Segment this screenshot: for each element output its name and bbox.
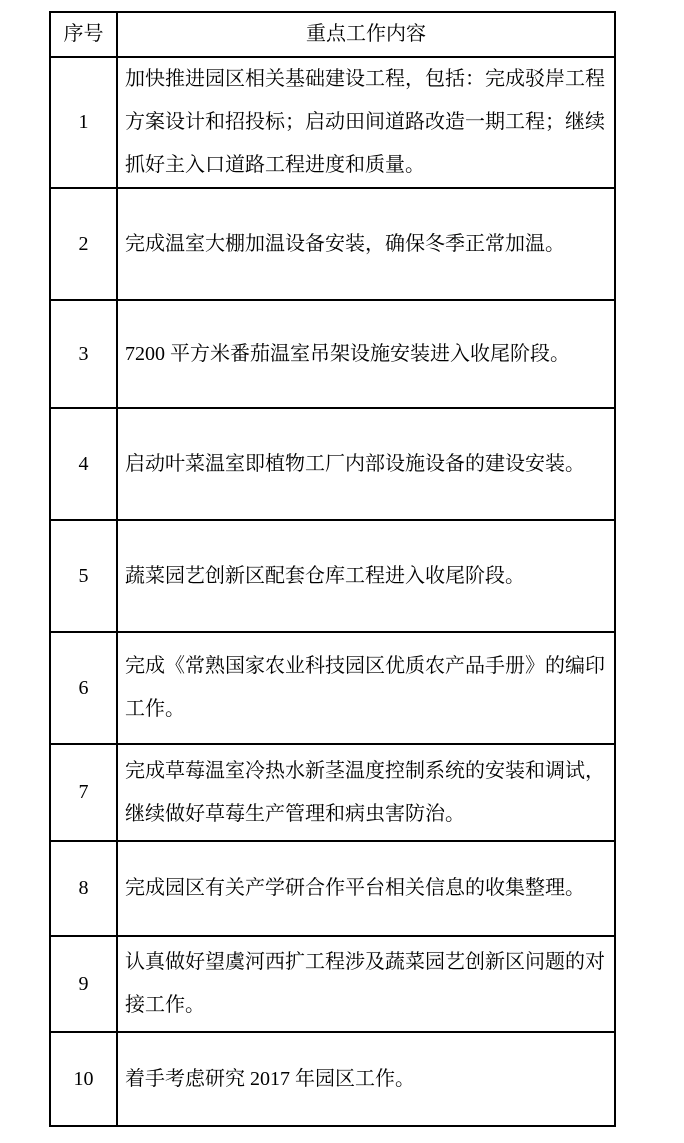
table-row: 7 完成草莓温室冷热水新茎温度控制系统的安装和调试， 继续做好草莓生产管理和病虫… [50, 744, 615, 841]
row-content-cell: 着手考虑研究 2017 年园区工作。 [117, 1032, 615, 1126]
row-number-cell: 6 [50, 632, 117, 744]
work-items-table: 序号 重点工作内容 1 加快推进园区相关基础建设工程，包括：完成驳岸工程 方案设… [49, 11, 616, 1127]
table-row: 5 蔬菜园艺创新区配套仓库工程进入收尾阶段。 [50, 520, 615, 632]
row-number-cell: 8 [50, 841, 117, 936]
row-content-cell: 7200 平方米番茄温室吊架设施安装进入收尾阶段。 [117, 300, 615, 408]
table-row: 2 完成温室大棚加温设备安装，确保冬季正常加温。 [50, 188, 615, 300]
column-header-no: 序号 [50, 12, 117, 57]
document-page: 序号 重点工作内容 1 加快推进园区相关基础建设工程，包括：完成驳岸工程 方案设… [0, 0, 684, 1143]
row-content-cell: 蔬菜园艺创新区配套仓库工程进入收尾阶段。 [117, 520, 615, 632]
table-row: 3 7200 平方米番茄温室吊架设施安装进入收尾阶段。 [50, 300, 615, 408]
row-number-cell: 7 [50, 744, 117, 841]
table-row: 9 认真做好望虞河西扩工程涉及蔬菜园艺创新区问题的对 接工作。 [50, 936, 615, 1032]
table-row: 6 完成《常熟国家农业科技园区优质农产品手册》的编印 工作。 [50, 632, 615, 744]
row-content-cell: 完成草莓温室冷热水新茎温度控制系统的安装和调试， 继续做好草莓生产管理和病虫害防… [117, 744, 615, 841]
row-content-cell: 完成《常熟国家农业科技园区优质农产品手册》的编印 工作。 [117, 632, 615, 744]
column-header-content: 重点工作内容 [117, 12, 615, 57]
table-row: 4 启动叶菜温室即植物工厂内部设施设备的建设安装。 [50, 408, 615, 520]
row-number-cell: 9 [50, 936, 117, 1032]
row-content-cell: 加快推进园区相关基础建设工程，包括：完成驳岸工程 方案设计和招投标；启动田间道路… [117, 57, 615, 188]
table-header-row: 序号 重点工作内容 [50, 12, 615, 57]
row-number-cell: 4 [50, 408, 117, 520]
table-row: 8 完成园区有关产学研合作平台相关信息的收集整理。 [50, 841, 615, 936]
row-content-cell: 启动叶菜温室即植物工厂内部设施设备的建设安装。 [117, 408, 615, 520]
row-number-cell: 10 [50, 1032, 117, 1126]
row-number-cell: 1 [50, 57, 117, 188]
row-number-cell: 2 [50, 188, 117, 300]
row-content-cell: 认真做好望虞河西扩工程涉及蔬菜园艺创新区问题的对 接工作。 [117, 936, 615, 1032]
row-content-cell: 完成园区有关产学研合作平台相关信息的收集整理。 [117, 841, 615, 936]
row-number-cell: 5 [50, 520, 117, 632]
table-row: 1 加快推进园区相关基础建设工程，包括：完成驳岸工程 方案设计和招投标；启动田间… [50, 57, 615, 188]
table-row: 10 着手考虑研究 2017 年园区工作。 [50, 1032, 615, 1126]
row-content-cell: 完成温室大棚加温设备安装，确保冬季正常加温。 [117, 188, 615, 300]
row-number-cell: 3 [50, 300, 117, 408]
